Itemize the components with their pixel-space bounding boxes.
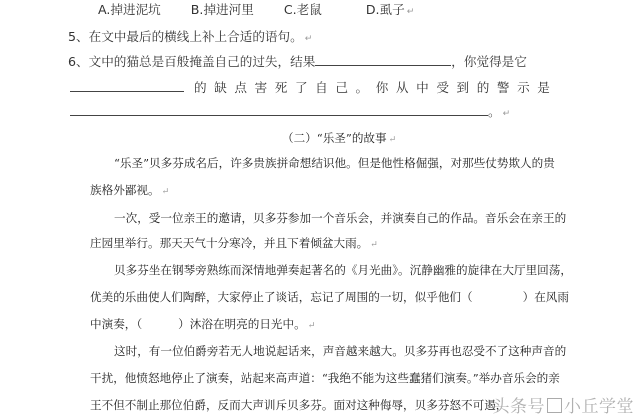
story-text: 中演奏，（ xyxy=(90,317,142,331)
story-p3-line-2: 优美的乐曲使人们陶醉，大家停止了谈话，忘记了周围的一切，似乎他们（）在风雨 xyxy=(90,287,569,307)
question-6-part2: ，你觉得是它 xyxy=(451,54,527,69)
document-page: A.掉进泥坑 B.掉进河里 C.老鼠 D.虱子↵ 5、在文中最后的横线上补上合适… xyxy=(0,0,640,417)
paragraph-mark: ↵ xyxy=(370,240,378,250)
option-d: D.虱子 xyxy=(366,2,405,17)
story-text: 庄园里举行。那天天气十分寒冷，并且下着倾盆大雨。 xyxy=(90,236,368,250)
question-6-part3: 的缺点害死了自己。你从中受到的警示是 xyxy=(194,80,558,95)
paragraph-mark: ↵ xyxy=(407,7,415,17)
answer-blank-flaw[interactable] xyxy=(70,79,184,92)
story-p4-line-2: 干扰，他愤怒地停止了演奏，站起来高声道：“我绝不能为这些蠢猪们演奏。”举办音乐会… xyxy=(90,368,560,388)
story-p3-line-1: 贝多芬坐在钢琴旁熟练而深情地弹奏起著名的《月光曲》。沉静幽雅的旋律在大厅里回荡， xyxy=(114,260,572,280)
question-6-line-3: 。↵ xyxy=(70,102,510,124)
option-c: C.老鼠 xyxy=(284,0,322,20)
story-p2-line-1: 一次，受一位亲王的邀请，贝多芬参加一个音乐会，并演奏自己的作品。音乐会在亲王的 xyxy=(114,208,566,228)
story-text: 王不但不制止那位伯爵，反而大声训斥贝多芬。面对这种侮辱，贝多芬怒不可遏， xyxy=(90,398,507,412)
story-p4-line-1: 这时，有一位伯爵旁若无人地说起话来，声音越来越大。贝多芬再也忍受不了这种声音的 xyxy=(114,341,566,361)
story-text: 一次，受一位亲王的邀请，贝多芬参加一个音乐会，并演奏自己的作品。音乐会在亲王的 xyxy=(114,211,566,225)
question-6-part4: 。 xyxy=(488,104,501,119)
paragraph-mark: ↵ xyxy=(162,187,170,197)
story-p4-line-3: 王不但不制止那位伯爵，反而大声训斥贝多芬。面对这种侮辱，贝多芬怒不可遏， xyxy=(90,395,507,415)
watermark-left: 头条号 xyxy=(493,397,546,417)
story-text: 优美的乐曲使人们陶醉，大家停止了谈话，忘记了周围的一切，似乎他们（ xyxy=(90,290,473,304)
paragraph-mark: ↵ xyxy=(308,321,316,331)
watermark-right: 小丘学堂 xyxy=(564,397,634,417)
story-title-text: （二）“乐圣”的故事 xyxy=(282,131,387,145)
answer-blank-result[interactable] xyxy=(315,53,451,66)
story-text: ）在风雨 xyxy=(523,290,569,304)
question-6-line-2: 的缺点害死了自己。你从中受到的警示是 xyxy=(70,78,558,98)
story-text: 族格外鄙视。 xyxy=(90,183,160,197)
question-5: 5、在文中最后的横线上补上合适的语句。↵ xyxy=(68,27,312,49)
question-5-text: 5、在文中最后的横线上补上合适的语句。 xyxy=(68,29,303,44)
story-title: （二）“乐圣”的故事↵ xyxy=(282,128,396,150)
story-text: 这时，有一位伯爵旁若无人地说起话来，声音越来越大。贝多芬再也忍受不了这种声音的 xyxy=(114,344,566,358)
story-p1-line-2: 族格外鄙视。↵ xyxy=(90,180,169,202)
question-6-line-1: 6、文中的猫总是百般掩盖自己的过失，结果，你觉得是它 xyxy=(68,52,527,72)
story-text: ）沐浴在明亮的日光中。 xyxy=(178,317,306,331)
option-b: B.掉进河里 xyxy=(191,0,254,20)
paragraph-mark: ↵ xyxy=(305,34,313,44)
paragraph-mark: ↵ xyxy=(503,109,511,119)
paragraph-mark: ↵ xyxy=(389,135,397,145)
story-text: 贝多芬坐在钢琴旁熟练而深情地弹奏起著名的《月光曲》。沉静幽雅的旋律在大厅里回荡， xyxy=(114,263,572,277)
q4-options: A.掉进泥坑 B.掉进河里 C.老鼠 D.虱子↵ xyxy=(98,0,414,22)
story-text: 干扰，他愤怒地停止了演奏，站起来高声道：“我绝不能为这些蠢猪们演奏。”举办音乐会… xyxy=(90,371,560,385)
option-a: A.掉进泥坑 xyxy=(98,0,161,20)
story-p2-line-2: 庄园里举行。那天天气十分寒冷，并且下着倾盆大雨。↵ xyxy=(90,233,378,255)
watermark: 头条号小丘学堂 xyxy=(493,392,635,417)
story-p3-line-3: 中演奏，（）沐浴在明亮的日光中。↵ xyxy=(90,314,315,336)
watermark-logo-icon xyxy=(547,398,562,413)
question-6-part1: 6、文中的猫总是百般掩盖自己的过失，结果 xyxy=(68,54,315,69)
story-text: “乐圣”贝多芬成名后，许多贵族拼命想结识他。但是他性格倔强，对那些仗势欺人的贵 xyxy=(114,156,555,170)
answer-blank-lesson[interactable] xyxy=(70,103,488,116)
story-p1-line-1: “乐圣”贝多芬成名后，许多贵族拼命想结识他。但是他性格倔强，对那些仗势欺人的贵 xyxy=(114,153,555,173)
